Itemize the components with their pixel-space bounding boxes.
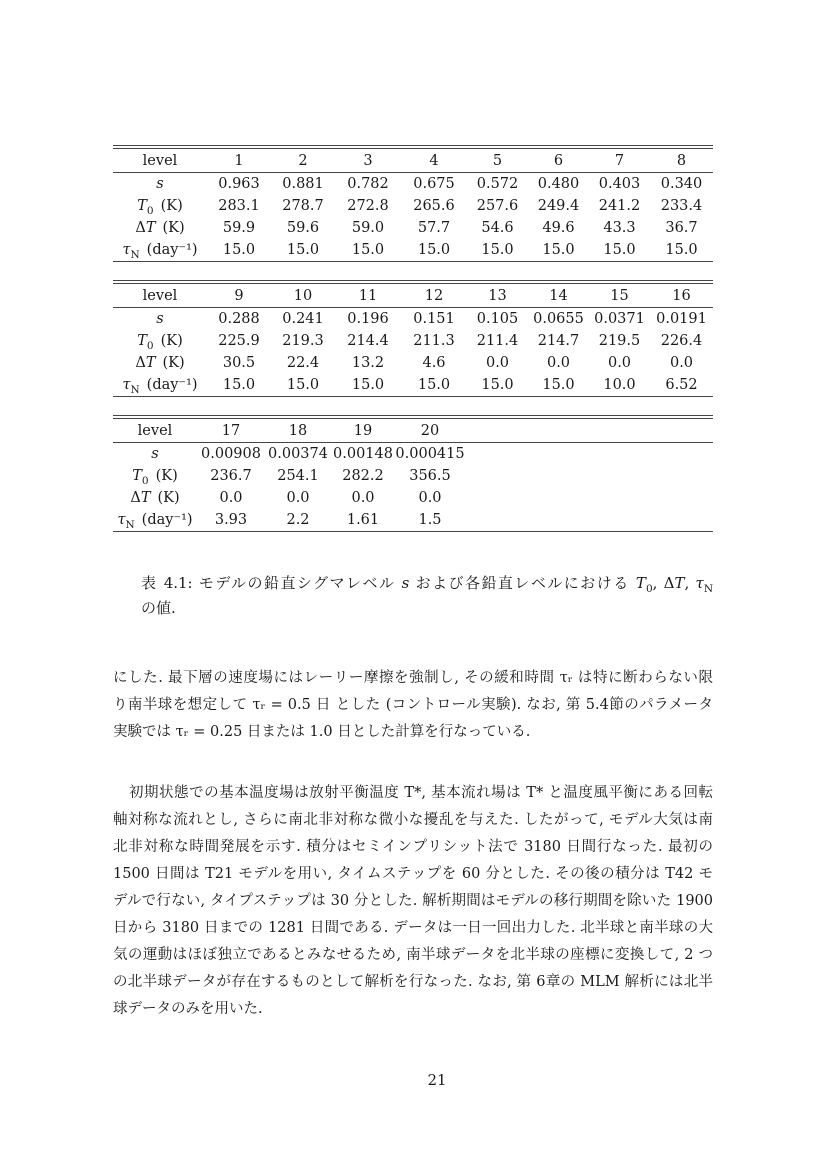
- table-cell: 0.0: [395, 487, 465, 509]
- table-cell: 15.0: [589, 239, 650, 262]
- table-cell: 254.1: [265, 465, 331, 487]
- table-cell: 15.0: [528, 239, 589, 262]
- caption-math: τ: [696, 574, 704, 592]
- table-cell: 36.7: [650, 217, 713, 239]
- table-cell: 6.52: [650, 374, 713, 397]
- paragraph-line: 球データのみを用いた.: [113, 996, 713, 1023]
- row-label: s: [113, 173, 207, 196]
- table-caption: 表 4.1: モデルの鉛直シグマレベル s および各鉛直レベルにおける T0, …: [141, 571, 713, 621]
- table-cell: 0.105: [467, 308, 528, 331]
- table-cell: 257.6: [467, 195, 528, 217]
- table-cell: 0.782: [335, 173, 401, 196]
- row-label-subscript: N: [130, 249, 139, 261]
- table-column-header: 6: [528, 149, 589, 173]
- table-cell: 0.288: [207, 308, 271, 331]
- paragraph-line: 日から 3180 日までの 1281 日間である. データは一日一回出力した. …: [113, 915, 713, 942]
- table-cell-filler: [465, 509, 713, 532]
- table-cell: 4.6: [401, 352, 467, 374]
- table-row: τN(day⁻¹)3.932.21.611.5: [113, 509, 713, 532]
- row-label-unit: (K): [163, 355, 185, 371]
- body-paragraph-1: にした. 最下層の速度場にはレーリー摩擦を強制し, その緩和時間 τᵣ は特に断…: [113, 665, 713, 746]
- paragraph-line: にした. 最下層の速度場にはレーリー摩擦を強制し, その緩和時間 τᵣ は特に断…: [113, 665, 713, 692]
- sigma-level-table: level17181920s0.009080.003740.001480.000…: [113, 419, 713, 532]
- table-cell: 278.7: [271, 195, 335, 217]
- paragraph-line: 北非対称な時間発展を示す. 積分はセミインプリシット法で 3180 日間行なった…: [113, 834, 713, 861]
- caption-line: の値.: [141, 596, 713, 621]
- page: level12345678s0.9630.8810.7820.6750.5720…: [0, 0, 826, 1169]
- table-cell: 1.61: [331, 509, 395, 532]
- table-cell: 241.2: [589, 195, 650, 217]
- table-row: s0.009080.003740.001480.000415: [113, 443, 713, 466]
- table-column-header: 4: [401, 149, 467, 173]
- table-row: τN(day⁻¹)15.015.015.015.015.015.015.015.…: [113, 239, 713, 262]
- row-label-unit: (K): [163, 220, 185, 236]
- table-cell: 0.340: [650, 173, 713, 196]
- row-label: ΔT(K): [113, 352, 207, 374]
- table-column-header: level: [113, 149, 207, 173]
- row-label-symbol: T: [146, 355, 156, 371]
- table-cell: 0.480: [528, 173, 589, 196]
- table-column-header: 19: [331, 419, 395, 443]
- table-cell: 15.0: [467, 239, 528, 262]
- row-label: T0(K): [113, 195, 207, 217]
- row-label: τN(day⁻¹): [113, 509, 197, 532]
- row-label-symbol: T: [132, 468, 142, 484]
- table-cell: 15.0: [207, 374, 271, 397]
- table-cell: 225.9: [207, 330, 271, 352]
- table-cell: 233.4: [650, 195, 713, 217]
- row-label-subscript: 0: [147, 340, 154, 352]
- table-column-header: 7: [589, 149, 650, 173]
- table-cell: 356.5: [395, 465, 465, 487]
- table-header-row: level17181920: [113, 419, 713, 443]
- caption-math: T: [674, 574, 684, 592]
- row-label-subscript: N: [125, 519, 134, 531]
- row-label: ΔT(K): [113, 217, 207, 239]
- row-label: τN(day⁻¹): [113, 374, 207, 397]
- row-label-symbol: T: [146, 220, 156, 236]
- table-cell: 0.881: [271, 173, 335, 196]
- table-header-row: level12345678: [113, 149, 713, 173]
- paragraph-line: 実験では τᵣ = 0.25 日または 1.0 日とした計算を行なっている.: [113, 719, 713, 746]
- table-cell: 0.00374: [265, 443, 331, 466]
- table-cell: 1.5: [395, 509, 465, 532]
- table-row: s0.9630.8810.7820.6750.5720.4800.4030.34…: [113, 173, 713, 196]
- table-cell: 272.8: [335, 195, 401, 217]
- sigma-level-table: level910111213141516s0.2880.2410.1960.15…: [113, 284, 713, 397]
- row-label-unit: (K): [158, 490, 180, 506]
- row-label-symbol: s: [156, 176, 163, 192]
- table-cell: 0.151: [401, 308, 467, 331]
- table-cell: 0.0: [650, 352, 713, 374]
- row-label-subscript: 0: [142, 475, 149, 487]
- table-cell: 13.2: [335, 352, 401, 374]
- table-cell: 2.2: [265, 509, 331, 532]
- table-cell: 214.4: [335, 330, 401, 352]
- row-label-symbol: s: [151, 446, 158, 462]
- caption-text: の値.: [141, 599, 176, 617]
- table-column-header: 12: [401, 284, 467, 308]
- table-row: ΔT(K)59.959.659.057.754.649.643.336.7: [113, 217, 713, 239]
- table-cell: 0.0191: [650, 308, 713, 331]
- table-row: s0.2880.2410.1960.1510.1050.06550.03710.…: [113, 308, 713, 331]
- table-cell: 15.0: [271, 239, 335, 262]
- table-cell: 15.0: [335, 239, 401, 262]
- paragraph-line: の北半球データが存在するものとして解析を行なった. なお, 第 6章の MLM …: [113, 969, 713, 996]
- table-row: T0(K)283.1278.7272.8265.6257.6249.4241.2…: [113, 195, 713, 217]
- table-cell: 15.0: [207, 239, 271, 262]
- table-block-levels-1-8: level12345678s0.9630.8810.7820.6750.5720…: [113, 145, 713, 262]
- table-cell: 0.675: [401, 173, 467, 196]
- table-column-header: 14: [528, 284, 589, 308]
- row-label: s: [113, 308, 207, 331]
- table-cell: 10.0: [589, 374, 650, 397]
- table-cell-filler: [465, 443, 713, 466]
- caption-subscript: 0: [646, 583, 653, 595]
- table-column-header: 2: [271, 149, 335, 173]
- table-header-filler: [465, 419, 713, 443]
- table-cell: 0.0: [331, 487, 395, 509]
- table-cell: 0.963: [207, 173, 271, 196]
- table-cell: 43.3: [589, 217, 650, 239]
- row-label: T0(K): [113, 330, 207, 352]
- row-label-prefix: Δ: [135, 355, 145, 371]
- table-column-header: 20: [395, 419, 465, 443]
- table-header-row: level910111213141516: [113, 284, 713, 308]
- table-cell-filler: [465, 465, 713, 487]
- caption-line: 表 4.1: モデルの鉛直シグマレベル s および各鉛直レベルにおける T0, …: [141, 571, 713, 596]
- table-row: τN(day⁻¹)15.015.015.015.015.015.010.06.5…: [113, 374, 713, 397]
- table-block-levels-17-20: level17181920s0.009080.003740.001480.000…: [113, 415, 713, 532]
- table-cell: 249.4: [528, 195, 589, 217]
- table-cell: 15.0: [528, 374, 589, 397]
- table-cell: 214.7: [528, 330, 589, 352]
- table-cell: 15.0: [271, 374, 335, 397]
- table-column-header: 3: [335, 149, 401, 173]
- table-cell: 15.0: [401, 374, 467, 397]
- table-cell: 0.00908: [197, 443, 265, 466]
- page-content: level12345678s0.9630.8810.7820.6750.5720…: [113, 0, 713, 1023]
- table-cell: 0.0: [467, 352, 528, 374]
- table-column-header: 17: [197, 419, 265, 443]
- table-row: ΔT(K)30.522.413.24.60.00.00.00.0: [113, 352, 713, 374]
- row-label-symbol: s: [156, 311, 163, 327]
- caption-math: T: [636, 574, 646, 592]
- table-cell: 0.403: [589, 173, 650, 196]
- table-column-header: level: [113, 419, 197, 443]
- table-cell-filler: [465, 487, 713, 509]
- table-cell: 49.6: [528, 217, 589, 239]
- caption-subscript: N: [704, 583, 713, 595]
- row-label-unit: (K): [161, 198, 183, 214]
- table-cell: 265.6: [401, 195, 467, 217]
- caption-text: ,: [684, 574, 695, 592]
- row-label-unit: (K): [156, 468, 178, 484]
- table-cell: 219.5: [589, 330, 650, 352]
- table-cell: 59.6: [271, 217, 335, 239]
- table-cell: 57.7: [401, 217, 467, 239]
- row-label-unit: (day⁻¹): [147, 377, 198, 393]
- table-cell: 0.00148: [331, 443, 395, 466]
- table-cell: 236.7: [197, 465, 265, 487]
- row-label: τN(day⁻¹): [113, 239, 207, 262]
- row-label: ΔT(K): [113, 487, 197, 509]
- table-cell: 59.9: [207, 217, 271, 239]
- table-column-header: 8: [650, 149, 713, 173]
- table-row: T0(K)236.7254.1282.2356.5: [113, 465, 713, 487]
- table-cell: 15.0: [335, 374, 401, 397]
- row-label-unit: (K): [161, 333, 183, 349]
- table-cell: 3.93: [197, 509, 265, 532]
- table-cell: 211.4: [467, 330, 528, 352]
- row-label-symbol: T: [141, 490, 151, 506]
- paragraph-line: 気の運動はほぼ独立であるとみなせるため, 南半球データを北半球の座標に変換して,…: [113, 942, 713, 969]
- table-cell: 219.3: [271, 330, 335, 352]
- table-cell: 283.1: [207, 195, 271, 217]
- row-label-unit: (day⁻¹): [142, 512, 193, 528]
- row-label-subscript: 0: [147, 205, 154, 217]
- table-column-header: 18: [265, 419, 331, 443]
- table-cell: 0.0: [528, 352, 589, 374]
- table-cell: 226.4: [650, 330, 713, 352]
- table-column-header: level: [113, 284, 207, 308]
- table-cell: 0.241: [271, 308, 335, 331]
- table-row: ΔT(K)0.00.00.00.0: [113, 487, 713, 509]
- table-cell: 0.0: [265, 487, 331, 509]
- caption-text: , Δ: [653, 574, 675, 592]
- table-row: T0(K)225.9219.3214.4211.3211.4214.7219.5…: [113, 330, 713, 352]
- table-cell: 15.0: [401, 239, 467, 262]
- table-cell: 0.000415: [395, 443, 465, 466]
- table-column-header: 11: [335, 284, 401, 308]
- body-paragraph-2: 初期状態での基本温度場は放射平衡温度 T*, 基本流れ場は T* と温度風平衡に…: [113, 780, 713, 1023]
- paragraph-line: り南半球を想定して τᵣ = 0.5 日 とした (コントロール実験). なお,…: [113, 692, 713, 719]
- table-cell: 15.0: [467, 374, 528, 397]
- table-cell: 59.0: [335, 217, 401, 239]
- table-cell: 15.0: [650, 239, 713, 262]
- table-column-header: 15: [589, 284, 650, 308]
- row-label-prefix: Δ: [135, 220, 145, 236]
- table-block-levels-9-16: level910111213141516s0.2880.2410.1960.15…: [113, 280, 713, 397]
- table-column-header: 16: [650, 284, 713, 308]
- table-cell: 0.0: [197, 487, 265, 509]
- table-column-header: 5: [467, 149, 528, 173]
- table-cell: 0.572: [467, 173, 528, 196]
- table-column-header: 13: [467, 284, 528, 308]
- paragraph-line: 軸対称な流れとし, さらに南北非対称な微小な擾乱を与えた. したがって, モデル…: [113, 807, 713, 834]
- table-cell: 0.0: [589, 352, 650, 374]
- table-cell: 0.196: [335, 308, 401, 331]
- table-cell: 22.4: [271, 352, 335, 374]
- paragraph-line: 初期状態での基本温度場は放射平衡温度 T*, 基本流れ場は T* と温度風平衡に…: [113, 780, 713, 807]
- page-number: 21: [24, 1071, 826, 1089]
- table-column-header: 1: [207, 149, 271, 173]
- sigma-level-table: level12345678s0.9630.8810.7820.6750.5720…: [113, 149, 713, 262]
- table-column-header: 9: [207, 284, 271, 308]
- table-column-header: 10: [271, 284, 335, 308]
- table-cell: 30.5: [207, 352, 271, 374]
- row-label: s: [113, 443, 197, 466]
- row-label-symbol: T: [137, 198, 147, 214]
- row-label: T0(K): [113, 465, 197, 487]
- table-cell: 282.2: [331, 465, 395, 487]
- paragraph-line: デルで行ない, タイプステップは 30 分とした. 解析期間はモデルの移行期間を…: [113, 888, 713, 915]
- table-cell: 0.0655: [528, 308, 589, 331]
- table-cell: 211.3: [401, 330, 467, 352]
- table-cell: 0.0371: [589, 308, 650, 331]
- caption-text: および各鉛直レベルにおける: [409, 574, 636, 592]
- table-cell: 54.6: [467, 217, 528, 239]
- row-label-symbol: T: [137, 333, 147, 349]
- row-label-unit: (day⁻¹): [147, 242, 198, 258]
- paragraph-line: 1500 日間は T21 モデルを用い, タイムステップを 60 分とした. そ…: [113, 861, 713, 888]
- row-label-prefix: Δ: [130, 490, 140, 506]
- row-label-subscript: N: [130, 384, 139, 396]
- caption-text: 表 4.1: モデルの鉛直シグマレベル: [141, 574, 402, 592]
